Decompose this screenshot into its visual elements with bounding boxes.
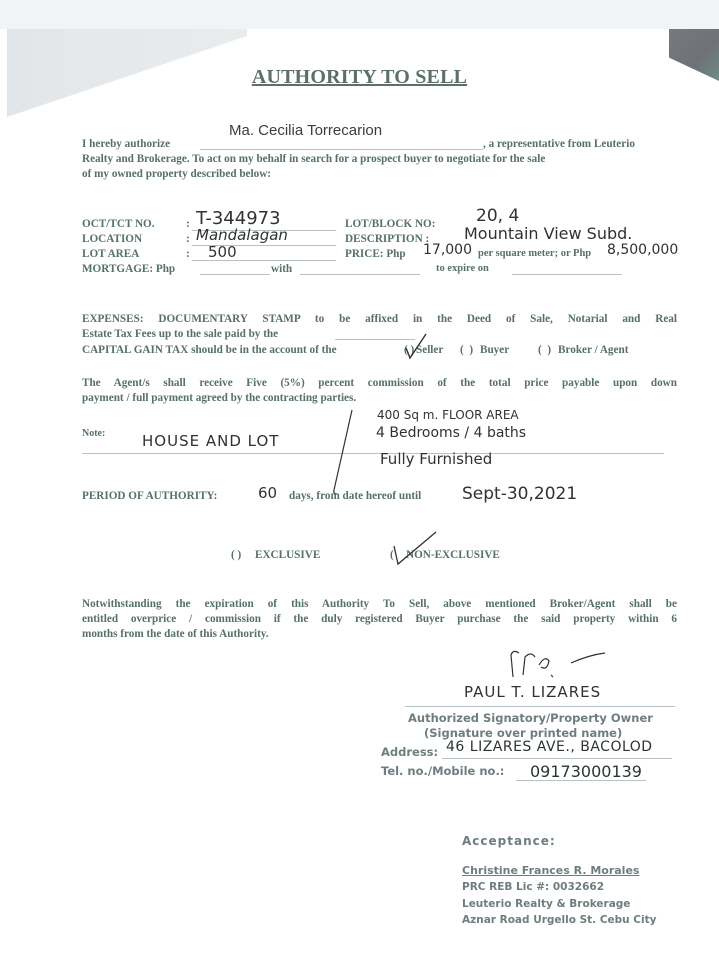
period-label: PERIOD OF AUTHORITY: <box>82 490 217 502</box>
location-value: Mandalagan <box>196 226 288 244</box>
price-per-sqm-value: 17,000 <box>423 242 472 258</box>
note-detail-2: 4 Bedrooms / 4 baths <box>376 425 526 441</box>
period-middle: days, from date hereof until <box>289 490 421 502</box>
expenses-line-2: Estate Tax Fees up to the sale paid by t… <box>82 328 278 340</box>
exclusive-checkbox[interactable]: ( ) <box>231 549 241 561</box>
address-label: Address: <box>381 745 438 759</box>
expire-label: to expire on <box>436 263 489 274</box>
acceptance-label: Acceptance: <box>462 834 556 848</box>
checkmark-icon <box>390 530 440 566</box>
price-per-sqm-suffix: per square meter; or Php <box>478 248 591 259</box>
mortgage-with-label: with <box>271 263 292 275</box>
mortgage-with-line <box>300 274 420 275</box>
mortgage-line <box>200 274 270 275</box>
note-label: Note: <box>82 428 105 439</box>
expire-line <box>512 274 622 275</box>
signatory-role-note: (Signature over printed name) <box>424 726 622 740</box>
notwithstanding-line-1: Notwithstanding the expiration of this A… <box>82 598 677 610</box>
option-broker-checkbox[interactable]: ( ) <box>538 344 551 356</box>
option-buyer-label: Buyer <box>480 344 509 356</box>
colon: : <box>186 218 190 230</box>
acceptance-company: Leuterio Realty & Brokerage <box>462 898 630 910</box>
signature <box>505 645 615 685</box>
note-line <box>82 453 664 454</box>
option-broker-label: Broker / Agent <box>558 344 628 356</box>
notwithstanding-line-2: entitled overprice / commission if the d… <box>82 613 677 625</box>
signatory-printed-name: PAUL T. LIZARES <box>464 683 601 701</box>
tel-label: Tel. no./Mobile no.: <box>381 764 504 778</box>
lot-area-value: 500 <box>208 243 237 261</box>
period-days: 60 <box>258 484 277 502</box>
signature-line <box>405 706 675 707</box>
notwithstanding-line-3: months from the date of this Authority. <box>82 628 269 640</box>
address-line <box>442 758 672 759</box>
location-label: LOCATION <box>82 233 142 245</box>
tel-value: 09173000139 <box>530 762 642 781</box>
lot-area-label: LOT AREA <box>82 248 139 260</box>
page-title: AUTHORITY TO SELL <box>0 66 719 89</box>
handwritten-slash <box>328 408 358 498</box>
lot-block-label: LOT/BLOCK NO: <box>345 218 435 230</box>
lot-area-line <box>192 260 336 261</box>
acceptance-name: Christine Frances R. Morales <box>462 864 639 877</box>
authorize-line-2: Realty and Brokerage. To act on my behal… <box>82 153 545 165</box>
description-label: DESCRIPTION : <box>345 233 429 245</box>
capital-gain-prefix: CAPITAL GAIN TAX should be in the accoun… <box>82 344 337 356</box>
note-detail-1: 400 Sq m. FLOOR AREA <box>377 408 519 422</box>
checkmark-icon <box>400 330 430 360</box>
acceptance-address: Aznar Road Urgello St. Cebu City <box>462 914 656 926</box>
expenses-line-1: EXPENSES: DOCUMENTARY STAMP to be affixe… <box>82 313 677 325</box>
note-detail-3: Fully Furnished <box>380 450 492 468</box>
exclusive-label: EXCLUSIVE <box>255 549 320 561</box>
mortgage-label: MORTGAGE: Php <box>82 263 175 275</box>
lot-block-value: 20, 4 <box>476 206 519 226</box>
top-margin <box>0 0 719 29</box>
commission-line-1: The Agent/s shall receive Five (5%) perc… <box>82 377 677 389</box>
note-main: HOUSE AND LOT <box>142 432 279 450</box>
option-buyer-checkbox[interactable]: ( ) <box>460 344 473 356</box>
address-value: 46 LIZARES AVE., BACOLOD <box>446 739 653 755</box>
price-total-value: 8,500,000 <box>607 242 678 258</box>
colon: : <box>186 233 190 245</box>
price-label: PRICE: Php <box>345 248 406 260</box>
signatory-role: Authorized Signatory/Property Owner <box>408 711 653 725</box>
representative-name: Ma. Cecilia Torrecarion <box>229 122 382 139</box>
commission-line-2: payment / full payment agreed by the con… <box>82 392 356 404</box>
description-value: Mountain View Subd. <box>464 224 632 243</box>
oct-tct-label: OCT/TCT NO. <box>82 218 155 230</box>
authorize-line-3: of my owned property described below: <box>82 168 271 180</box>
authorize-prefix: I hereby authorize <box>82 138 170 150</box>
representative-line <box>200 149 483 150</box>
authorize-suffix: , a representative from Leuterio <box>483 138 635 150</box>
tel-line <box>516 780 646 781</box>
acceptance-license: PRC REB Lic #: 0032662 <box>462 881 604 893</box>
colon: : <box>186 248 190 260</box>
period-until: Sept-30,2021 <box>462 484 577 504</box>
